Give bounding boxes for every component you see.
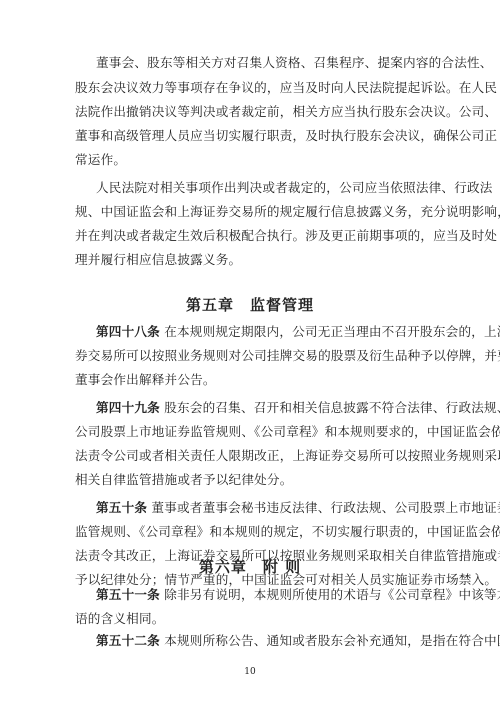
article-label: 第五十条	[96, 500, 147, 515]
article-label: 第五十二条	[96, 633, 160, 648]
text-line: 规、中国证监会和上海证券交易所的规定履行信息披露义务，充分说明影响，	[75, 204, 435, 220]
text-line: 监管规则、《公司章程》和本规则的规定，不切实履行职责的，中国证监会依	[75, 524, 435, 540]
text-line: 相关自律监管措施或者予以纪律处分。	[75, 472, 435, 488]
article-label: 第四十八条	[96, 324, 160, 339]
text-line: 法责令公司或者相关责任人限期改正，上海证券交易所可以按照业务规则采取	[75, 448, 435, 464]
article-label: 第五十一条	[96, 587, 160, 602]
page-number: 10	[0, 667, 500, 677]
text-line: 券交易所可以按照业务规则对公司挂牌交易的股票及衍生品种予以停牌，并要求	[75, 348, 435, 364]
text-line: 董事会、股东等相关方对召集人资格、召集程序、提案内容的合法性、	[96, 55, 456, 71]
text-line: 第五十条 董事或者董事会秘书违反法律、行政法规、公司股票上市地证券	[96, 500, 456, 516]
text-line: 第四十八条 在本规则规定期限内，公司无正当理由不召开股东会的，上海证	[96, 324, 456, 340]
text-line: 公司股票上市地证券监管规则、《公司章程》和本规则要求的，中国证监会依	[75, 424, 435, 440]
text-line: 语的含义相同。	[75, 611, 435, 627]
chapter-heading-5: 第五章 监督管理	[0, 294, 500, 315]
document-page: 董事会、股东等相关方对召集人资格、召集程序、提案内容的合法性、 股东会决议效力等…	[0, 0, 500, 706]
article-label: 第四十九条	[96, 400, 160, 415]
text-line: 法院作出撤销决议等判决或者裁定前，相关方应当执行股东会决议。公司、	[75, 104, 435, 120]
text-line: 第五十二条 本规则所称公告、通知或者股东会补充通知，是指在符合中国	[96, 633, 456, 649]
text-line: 人民法院对相关事项作出判决或者裁定的，公司应当依照法律、行政法	[96, 180, 456, 196]
text-line: 股东会决议效力等事项存在争议的，应当及时向人民法院提起诉讼。在人民	[75, 80, 435, 96]
text-line: 第四十九条 股东会的召集、召开和相关信息披露不符合法律、行政法规、	[96, 400, 456, 416]
text-line: 董事和高级管理人员应当切实履行职责，及时执行股东会决议，确保公司正	[75, 128, 435, 144]
text-line: 第五十一条 除非另有说明，本规则所使用的术语与《公司章程》中该等术	[96, 587, 456, 603]
chapter-heading-6: 第六章 附 则	[0, 556, 500, 577]
text-line: 并在判决或者裁定生效后积极配合执行。涉及更正前期事项的，应当及时处	[75, 228, 435, 244]
text-line: 董事会作出解释并公告。	[75, 372, 435, 388]
text-line: 理并履行相应信息披露义务。	[75, 252, 435, 268]
text-line: 常运作。	[75, 152, 435, 168]
